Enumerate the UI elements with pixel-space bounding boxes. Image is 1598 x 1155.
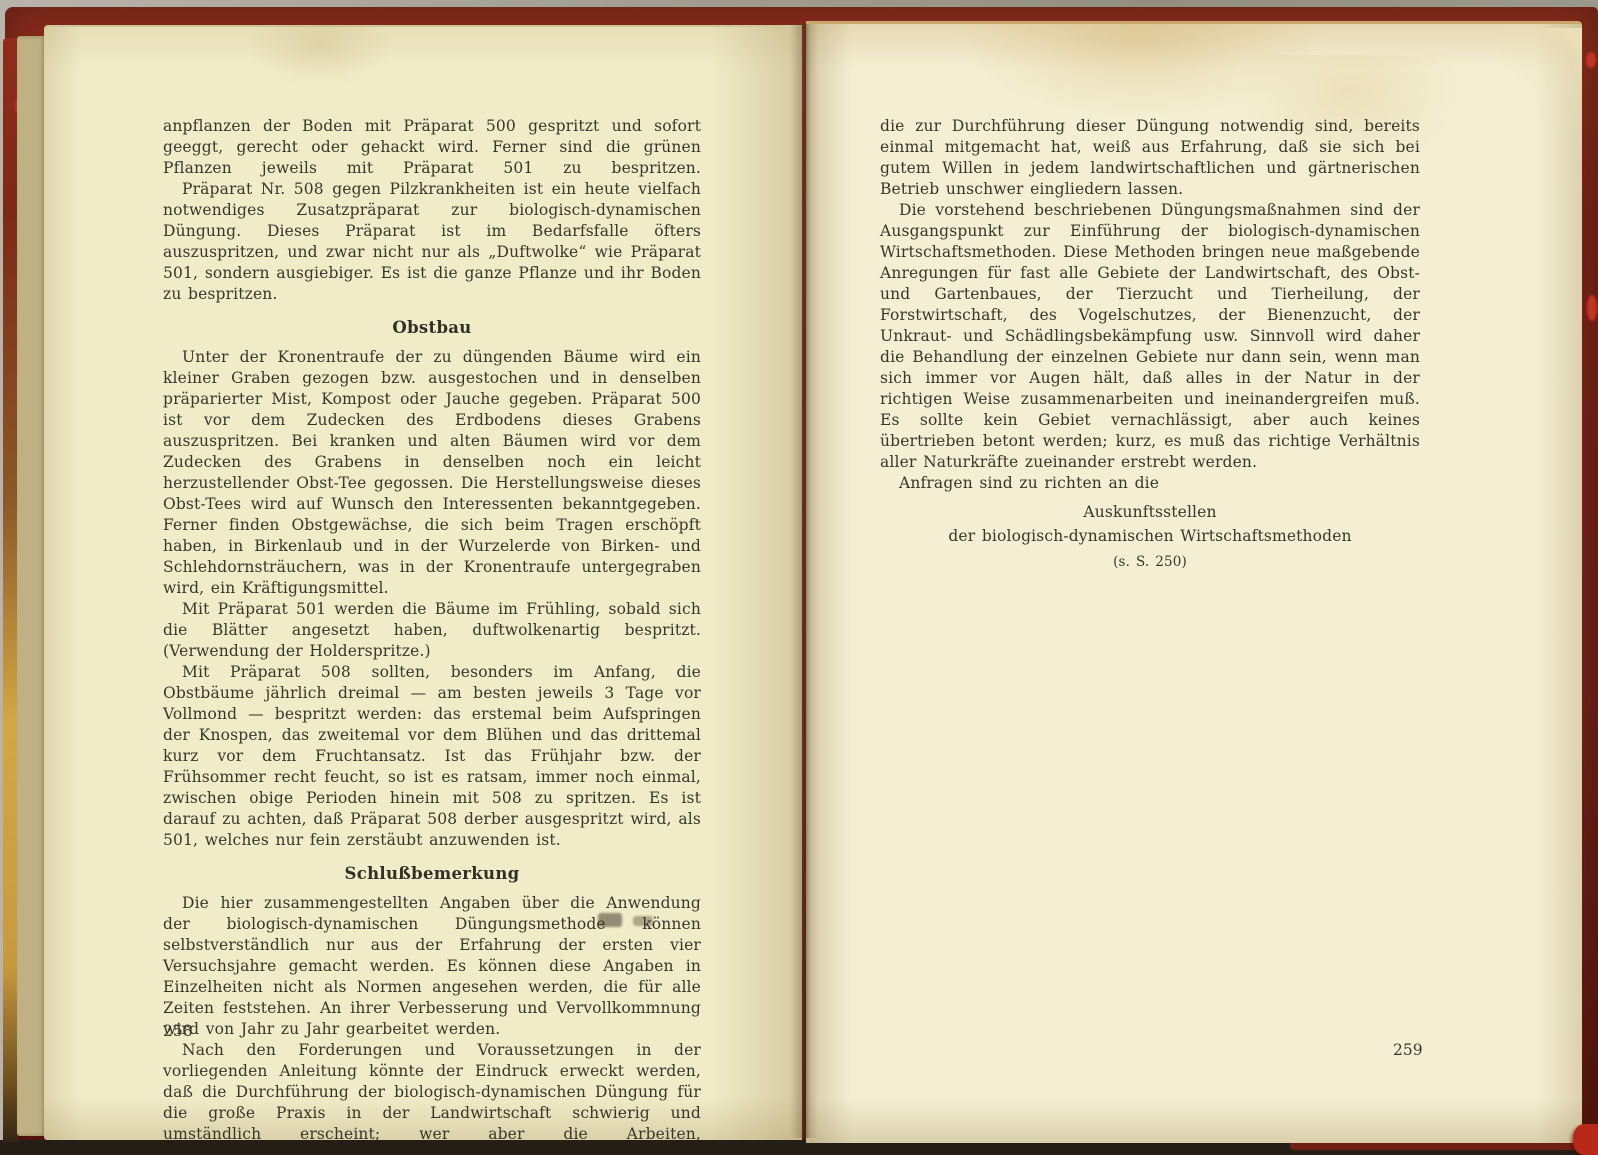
- cover-wear-fleck: [1587, 295, 1597, 321]
- body-paragraph: anpflanzen der Boden mit Präparat 500 ge…: [163, 116, 701, 179]
- address-line: Auskunftsstellen: [880, 502, 1420, 523]
- body-paragraph: Anfragen sind zu richten an die: [880, 473, 1420, 494]
- body-paragraph: Die vorstehend beschriebenen Düngungsmaß…: [880, 200, 1420, 473]
- right-text-column: die zur Durchführung dieser Düngung notw…: [880, 116, 1420, 573]
- body-paragraph: Unter der Kronentraufe der zu düngenden …: [163, 347, 701, 599]
- left-text-column: anpflanzen der Boden mit Präparat 500 ge…: [163, 116, 701, 1145]
- body-paragraph: Mit Präparat 501 werden die Bäume im Frü…: [163, 599, 701, 662]
- gutter-shadow: [790, 24, 818, 1138]
- page-number-left: 258: [163, 1022, 193, 1040]
- page-number-right: 259: [1393, 1041, 1423, 1059]
- section-heading-obstbau: Obstbau: [163, 317, 701, 338]
- cover-wear-fleck: [1586, 52, 1596, 68]
- section-heading-schlussbemerkung: Schlußbemerkung: [163, 863, 701, 884]
- page-edge-stack: [17, 36, 46, 1136]
- body-paragraph: die zur Durchführung dieser Düngung notw…: [880, 116, 1420, 200]
- body-paragraph: Die hier zusammengestellten Angaben über…: [163, 893, 701, 1040]
- cover-spine-edge: [3, 38, 18, 1142]
- book-scan: { "colors": { "cover_maroon": "#7b2417",…: [0, 0, 1598, 1155]
- cover-corner-red: [1573, 1124, 1598, 1155]
- address-reference: (s. S. 250): [880, 552, 1420, 573]
- body-paragraph: Präparat Nr. 508 gegen Pilzkrankheiten i…: [163, 179, 701, 305]
- body-paragraph: Nach den Forderungen und Voraussetzungen…: [163, 1040, 701, 1145]
- body-paragraph: Mit Präparat 508 sollten, besonders im A…: [163, 662, 701, 851]
- address-line: der biologisch-dynamischen Wirtschaftsme…: [880, 526, 1420, 547]
